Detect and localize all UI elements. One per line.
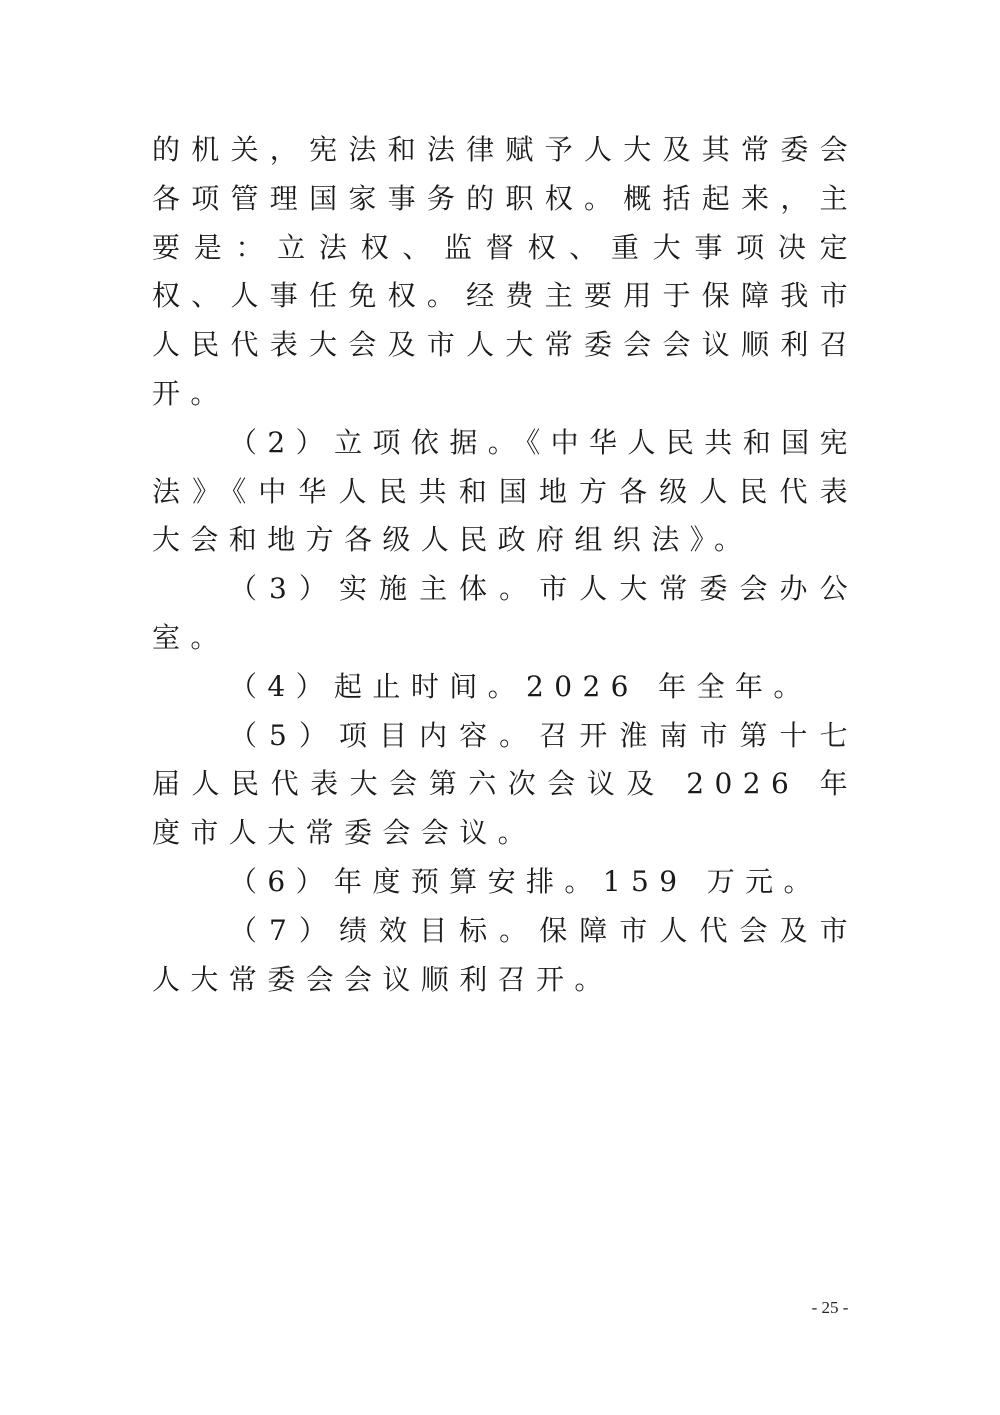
paragraph-goal: （7）绩效目标。保障市人代会及市人大常委会会议顺利召开。 [152, 907, 858, 1005]
paragraph-basis: （2）立项依据。《中华人民共和国宪法》《中华人民共和国地方各级人民代表大会和地方… [152, 419, 858, 565]
paragraph-continuation: 的机关，宪法和法律赋予人大及其常委会各项管理国家事务的职权。概括起来，主要是：立… [152, 126, 858, 419]
paragraph-content: （5）项目内容。召开淮南市第十七届人民代表大会第六次会议及 2026 年度市人大… [152, 712, 858, 858]
page-number: - 25 - [800, 1298, 860, 1318]
paragraph-period: （4）起止时间。2026 年全年。 [152, 663, 858, 712]
paragraph-budget: （6）年度预算安排。159 万元。 [152, 858, 858, 907]
document-body: 的机关，宪法和法律赋予人大及其常委会各项管理国家事务的职权。概括起来，主要是：立… [152, 126, 858, 1004]
paragraph-implementer: （3）实施主体。市人大常委会办公室。 [152, 565, 858, 663]
